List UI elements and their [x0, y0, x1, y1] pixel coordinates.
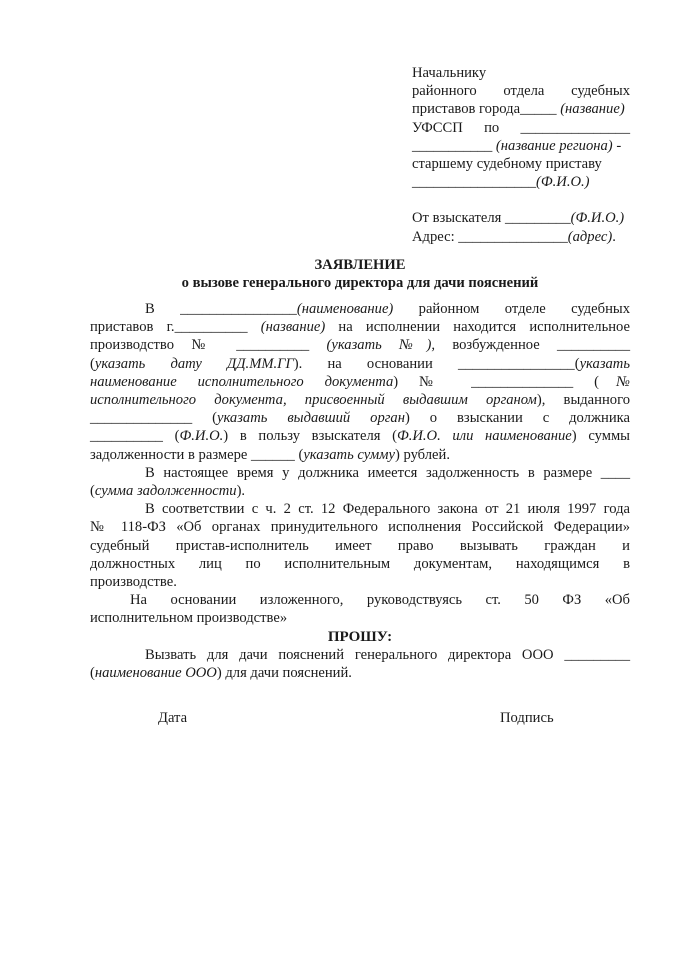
text-line: (указать дату ДД.ММ.ГГ). на основании __… — [90, 355, 630, 373]
addressee-line: старшему судебному приставу — [412, 155, 630, 173]
from-line: От взыскателя _________(Ф.И.О.) — [412, 209, 630, 227]
signature-label: Подпись — [500, 710, 554, 727]
text-line: исполнительного документа, присвоенный в… — [90, 391, 630, 409]
text-line: В настоящее время у должника имеется зад… — [90, 464, 630, 482]
addressee-line: ___________ (название региона) - — [412, 137, 630, 155]
text-line: производство № __________ (указать №), в… — [90, 336, 630, 354]
text-line: исполнительном производстве» — [90, 609, 630, 627]
text-line: приставов г.__________ (название) на исп… — [90, 318, 630, 336]
addressee-line: Начальнику — [412, 64, 630, 82]
text-line: наименование исполнительного документа) … — [90, 373, 630, 391]
addressee-line: УФССП по _______________ — [412, 119, 630, 137]
paragraph-law: В соответствии с ч. 2 ст. 12 Федеральног… — [90, 500, 630, 591]
addressee-line: приставов города_____ (название) — [412, 100, 630, 118]
text-line: (сумма задолженности). — [90, 482, 630, 500]
text-line: производстве. — [90, 573, 630, 591]
text-line: судебный пристав-исполнитель имеет право… — [90, 537, 630, 555]
text-line: __________ (Ф.И.О.) в пользу взыскателя … — [90, 427, 630, 445]
paragraph-request: Вызвать для дачи пояснений генерального … — [90, 646, 630, 682]
text-line: На основании изложенного, руководствуясь… — [90, 591, 630, 609]
addressee-line: районного отдела судебных — [412, 82, 630, 100]
document-subtitle: о вызове генерального директора для дачи… — [90, 274, 630, 292]
text-line: Вызвать для дачи пояснений генерального … — [90, 646, 630, 664]
city-hint: (название) — [560, 101, 625, 117]
paragraph-case-info: В ________________(наименование) районно… — [90, 300, 630, 464]
document-body: В ________________(наименование) районно… — [90, 300, 630, 682]
text-line: ______________ (указать выдавший орган) … — [90, 409, 630, 427]
text-line: задолженности в размере ______ (указать … — [90, 446, 630, 464]
fio-hint: (Ф.И.О.) — [536, 174, 589, 190]
document-page: Начальнику районного отдела судебных при… — [0, 0, 679, 960]
addressee-block: Начальнику районного отдела судебных при… — [412, 64, 630, 246]
paragraph-debt: В настоящее время у должника имеется зад… — [90, 464, 630, 500]
addressee-line: _________________(Ф.И.О.) — [412, 173, 630, 191]
text-line: (наименование ООО) для дачи пояснений. — [90, 664, 630, 682]
text-line: № 118-ФЗ «Об органах принудительного исп… — [90, 518, 630, 536]
region-hint: (название региона) — [496, 138, 613, 154]
address-line: Адрес: _______________(адрес). — [412, 228, 630, 246]
text-line: должностных лиц по исполнительным докуме… — [90, 555, 630, 573]
request-heading: ПРОШУ: — [90, 628, 630, 646]
paragraph-basis: На основании изложенного, руководствуясь… — [90, 591, 630, 627]
text-line: В соответствии с ч. 2 ст. 12 Федеральног… — [90, 500, 630, 518]
text-line: В ________________(наименование) районно… — [90, 300, 630, 318]
date-label: Дата — [158, 710, 187, 727]
document-title: ЗАЯВЛЕНИЕ — [90, 256, 630, 274]
